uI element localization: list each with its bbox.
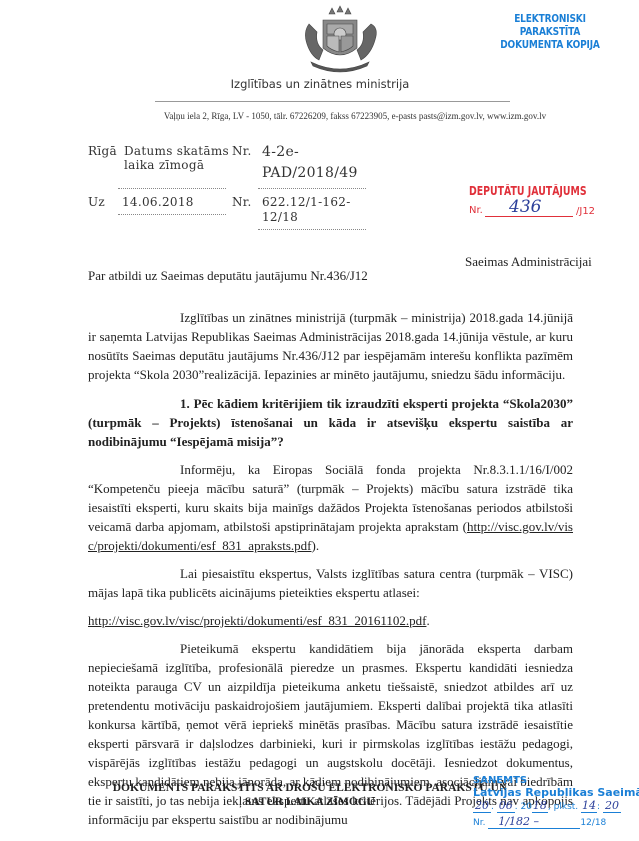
nr-value-line-2: PAD/2018/49 — [262, 163, 358, 184]
date-label-line-1: Datums skatāms — [124, 144, 229, 158]
dotted-line — [258, 229, 366, 230]
uz-nr-line-1: 622.12/1-162- — [262, 195, 351, 210]
date-label-line-2: laika zīmogā — [124, 158, 229, 172]
meta-date-label: Datums skatāms laika zīmogā — [124, 144, 229, 172]
meta-nr-value: 4-2e- PAD/2018/49 — [262, 142, 358, 184]
subject: Par atbildi uz Saeimas deputātu jautājum… — [88, 266, 368, 285]
recipient: Saeimas Administrācijai — [465, 252, 592, 271]
meta-uz-label: Uz — [88, 195, 105, 209]
link-period: . — [426, 613, 429, 628]
received-stamp: SANEMTS Latvijas Republikas Saeimā 20. 0… — [473, 776, 633, 840]
stamp-line-1: ELEKTRONISKI PARAKSTĪTA — [484, 12, 615, 38]
signature-notice-line-1: DOKUMENTS PARAKSTĪTS AR DROŠU ELEKTRONIS… — [100, 781, 520, 795]
received-stamp-nr-row: Nr. 1/182 –12/18 — [473, 815, 633, 831]
call-for-experts-link[interactable]: http://visc.gov.lv/visc/projekti/dokumen… — [88, 613, 426, 628]
question-1: 1. Pēc kādiem kritērijiem tik izraudzīti… — [88, 394, 573, 451]
electronic-copy-stamp: ELEKTRONISKI PARAKSTĪTA DOKUMENTA KOPIJA — [484, 12, 615, 51]
received-year-prefix: 20 — [520, 802, 531, 812]
stamp-nr-suffix: /J12 — [576, 206, 595, 217]
dotted-line — [118, 214, 226, 215]
stamp-nr-label: Nr. — [469, 205, 483, 216]
dotted-line — [258, 188, 366, 189]
received-minute: 20 — [603, 800, 621, 813]
received-month: 06 — [497, 800, 515, 813]
received-stamp-org: Latvijas Republikas Saeimā — [473, 786, 633, 799]
signature-notice: DOKUMENTS PARAKSTĪTS AR DROŠU ELEKTRONIS… — [100, 781, 520, 809]
nr-value-line-1: 4-2e- — [262, 142, 358, 163]
received-nr-label: Nr. — [473, 818, 485, 828]
received-stamp-date-row: 20. 06. 2018, plkst. 14: 20 — [473, 799, 633, 815]
meta-uz-nr: 622.12/1-162- 12/18 — [262, 195, 351, 225]
uz-nr-line-2: 12/18 — [262, 210, 351, 225]
header-divider — [155, 101, 510, 102]
paragraph-experts: Informēju, ka Eiropas Sociālā fonda proj… — [88, 460, 573, 555]
received-time-label: plkst. — [554, 802, 579, 812]
paragraph-intro: Izglītības un zinātnes ministrijā (turpm… — [88, 308, 573, 384]
meta-uz-date: 14.06.2018 — [122, 195, 194, 209]
paragraph-experts-end: ). — [311, 538, 319, 553]
ministry-address: Vaļņu iela 2, Rīga, LV - 1050, tālr. 672… — [90, 111, 620, 121]
paragraph-link: http://visc.gov.lv/visc/projekti/dokumen… — [88, 611, 573, 630]
meta-uz-nr-label: Nr. — [232, 195, 252, 209]
received-nr-suffix: 12/18 — [580, 818, 606, 828]
coat-of-arms-icon — [295, 4, 385, 76]
received-day: 20 — [473, 800, 491, 813]
meta-place: Rīgā — [88, 144, 117, 158]
deputy-question-stamp-title: DEPUTĀTU JAUTĀJUMS — [469, 184, 587, 198]
paragraph-recruitment: Lai piesaistītu ekspertus, Valsts izglīt… — [88, 564, 573, 602]
received-nr-handwritten: 1/182 – — [488, 816, 580, 829]
deputy-question-stamp-nr: Nr. 436 /J12 — [469, 205, 599, 221]
received-stamp-title: SANEMTS — [473, 776, 633, 786]
meta-nr-label: Nr. — [232, 144, 252, 158]
received-hour: 14 — [581, 800, 597, 813]
stamp-nr-handwritten: 436 — [509, 197, 541, 217]
stamp-line-2: DOKUMENTA KOPIJA — [484, 38, 615, 51]
received-year: 18 — [532, 800, 548, 813]
signature-notice-line-2: SATUR LAIKA ZĪMOGU — [100, 795, 520, 809]
letter-body: Izglītības un zinātnes ministrijā (turpm… — [88, 308, 573, 829]
dotted-line — [118, 188, 226, 189]
ministry-name: Izglītības un zinātnes ministrija — [120, 77, 520, 91]
